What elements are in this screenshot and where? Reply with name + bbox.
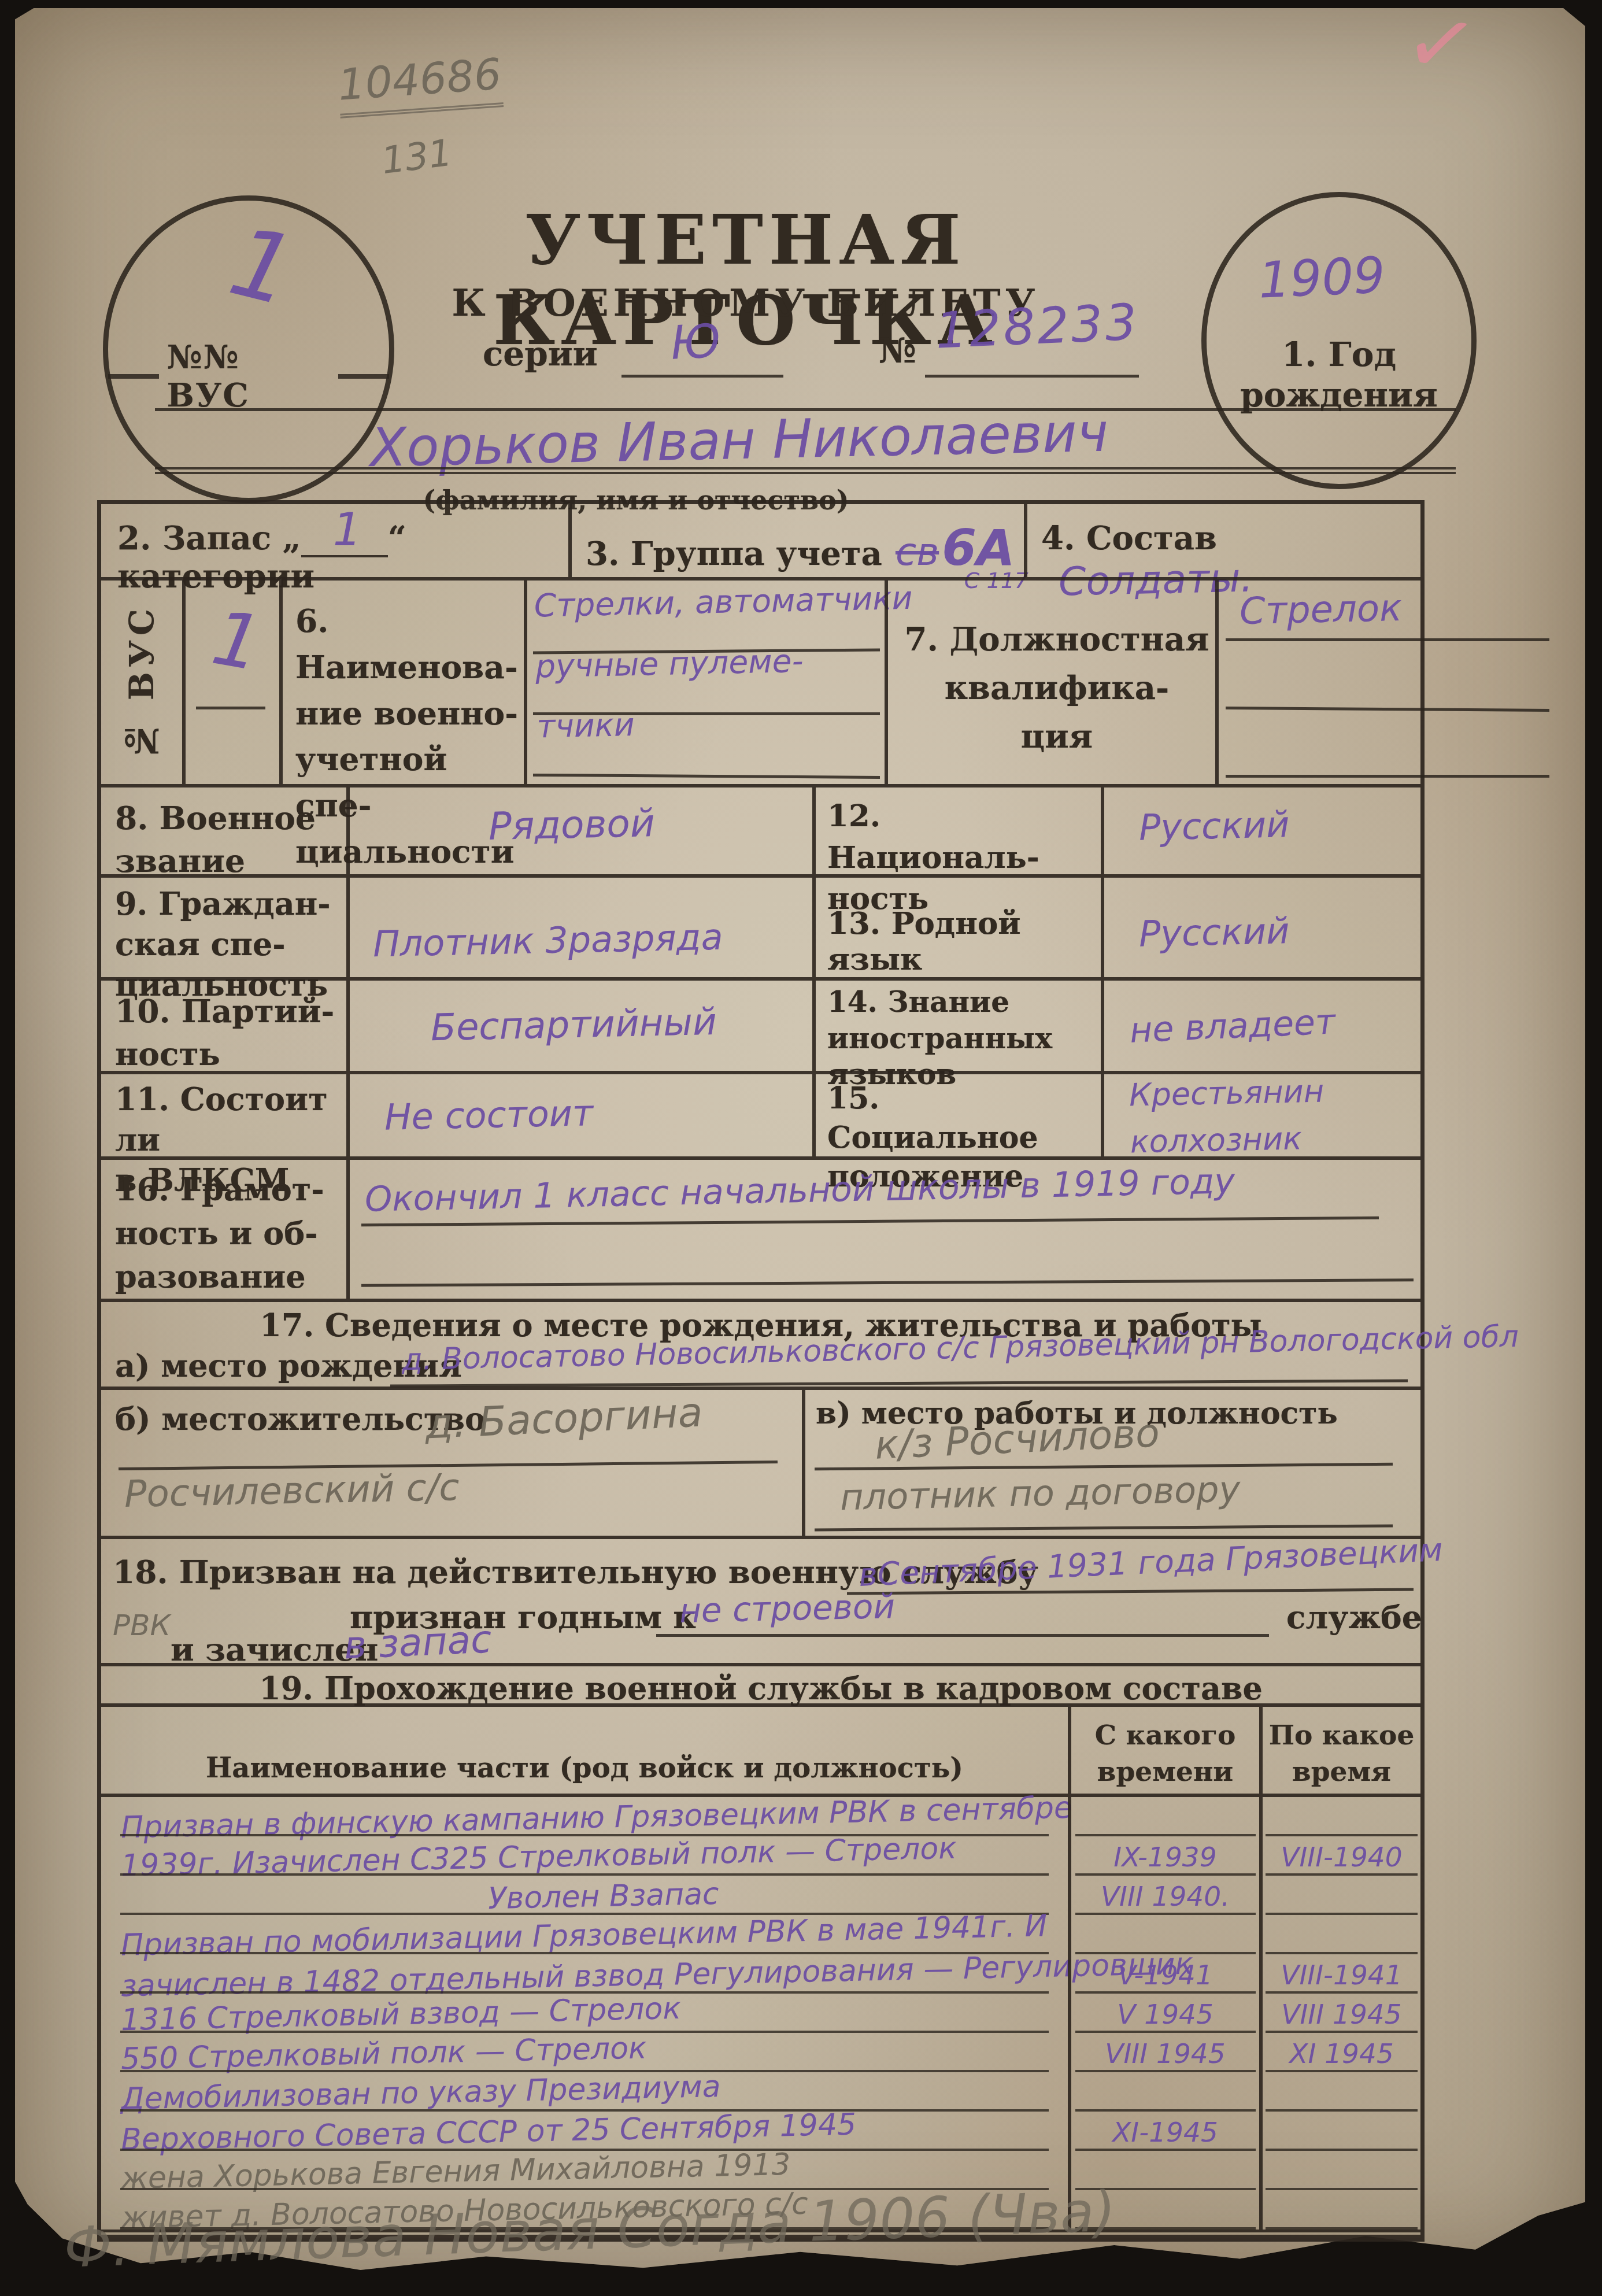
service-col-unit-label: Наименование части (род войск и должност… — [206, 1752, 963, 1784]
row-11-15: 11. Состоит ли в ВЛКСМ Не состоит 15. Со… — [101, 1071, 1420, 1156]
workplace-cell: в) место работы и должность к/з Росчилов… — [802, 1390, 1420, 1536]
field-15-value-cell: Крестьянин колхозник — [1101, 1074, 1420, 1156]
vus-number-cell: 1 — [182, 581, 279, 784]
birth-year-label: 1. Год рождения — [1207, 335, 1471, 415]
service-record-from — [1068, 2072, 1259, 2112]
field-15-value: Крестьянин колхозник — [1129, 1067, 1325, 1165]
field-2-label-a: 2. Запас „ — [117, 519, 301, 557]
service-record-to — [1259, 2072, 1420, 2112]
row-2-3-4: 2. Запас „1“ категории 3. Группа учета с… — [101, 504, 1420, 577]
workplace-line-2 — [815, 1525, 1393, 1532]
row-9-13: 9. Граждан- ская спе- циальность Плотник… — [101, 874, 1420, 977]
service-table-header: Наименование части (род войск и должност… — [101, 1703, 1420, 1794]
main-table: 2. Запас „1“ категории 3. Группа учета с… — [97, 500, 1425, 2242]
field-3-label: 3. Группа учета — [586, 535, 882, 573]
service-record-from — [1068, 1797, 1259, 1836]
service-col-unit: Наименование части (род войск и должност… — [101, 1707, 1068, 1794]
service-table-body: Призван в финскую кампанию Грязовецким Р… — [101, 1794, 1420, 2238]
field-7-value: Стрелок — [1239, 587, 1402, 633]
service-record-row: Уволен Взапас VIII 1940. — [101, 1876, 1420, 1915]
field-13-value-cell: Русский — [1101, 878, 1420, 977]
field-6-value-cell: Стрелки, автоматчики ручные пулеме- тчик… — [524, 581, 885, 784]
field-16-value-cell: Окончил 1 класс начальной школы в 1919 г… — [346, 1160, 1420, 1299]
field-16-label: 16. Грамот- ность и об- разование — [101, 1160, 346, 1299]
field-2-value: 1 — [333, 504, 362, 556]
service-record-to: XI 1945 — [1259, 2033, 1420, 2072]
field-10-value: Беспартийный — [430, 1001, 717, 1049]
vus-oval-dash-right — [338, 374, 389, 379]
service-record-to: VIII 1945 — [1259, 1994, 1420, 2033]
page-number: 131 — [379, 132, 454, 183]
service-record-unit: зачислен в 1482 отдельный взвод Регулиро… — [101, 1954, 1068, 1994]
field-4-sostav: 4. Состав Солдаты. — [1024, 504, 1420, 577]
service-record-unit: Верховного Совета СССР от 25 Сентября 19… — [101, 2112, 1068, 2151]
service-record-unit: 1316 Стрелковый взвод — Стрелок — [101, 1994, 1068, 2033]
section-19-heading: 19. Прохождение военной службы в кадрово… — [101, 1666, 1420, 1703]
vus-oval-label: №№ ВУС — [167, 338, 331, 415]
service-record-row: 1939г. Изачислен С325 Стрелковый полк — … — [101, 1836, 1420, 1876]
residence-value-2: Росчилевский с/с — [124, 1466, 460, 1516]
series-label: серии — [483, 334, 598, 374]
residence-value-1: д. Басоргина — [424, 1389, 704, 1448]
field-8-label: 8. Военное звание — [101, 787, 346, 874]
service-record-unit: жена Хорькова Евгения Михайловна 1913 — [101, 2151, 1068, 2190]
field-3-group: 3. Группа учета св 6А С 117 — [568, 504, 1024, 577]
service-record-unit: Демобилизован по указу Президиума — [101, 2072, 1068, 2112]
field-11-value-cell: Не состоит — [346, 1074, 812, 1156]
series-value: Ю — [669, 314, 722, 370]
row-8-12: 8. Военное звание Рядовой 12. Националь-… — [101, 784, 1420, 874]
field-13-label: 13. Родной язык — [812, 878, 1101, 977]
vus-number-line — [196, 707, 265, 709]
service-record-to — [1259, 2112, 1420, 2151]
scan-background: { "header": { "doc_number": "104686", "p… — [0, 0, 1602, 2296]
section-17bv-row: б) местожительство д. Басоргина Росчилев… — [101, 1387, 1420, 1536]
section-18-row: 18. Призван на действительную военную сл… — [101, 1536, 1420, 1663]
service-record-unit: Призван по мобилизации Грязовецким РВК в… — [101, 1915, 1068, 1954]
service-record-from: VIII 1940. — [1068, 1876, 1259, 1915]
card-content: 104686 131 ✓ УЧЕТНАЯ КАРТОЧКА К ВОЕННОМУ… — [0, 0, 1602, 2296]
series-line — [621, 375, 783, 378]
service-record-row: Верховного Совета СССР от 25 Сентября 19… — [101, 2112, 1420, 2151]
field-7-line-1 — [1226, 638, 1549, 641]
service-suffix-label: службе — [1286, 1598, 1422, 1636]
service-record-to — [1259, 1797, 1420, 1836]
field-8-value-cell: Рядовой — [346, 787, 812, 874]
field-14-value-cell: не владеет — [1101, 981, 1420, 1071]
row-16: 16. Грамот- ность и об- разование Окончи… — [101, 1156, 1420, 1299]
fitness-line — [656, 1634, 1269, 1637]
service-record-row: зачислен в 1482 отдельный взвод Регулиро… — [101, 1954, 1420, 1994]
conscription-value: вСентябре 1931 года Грязовецким — [858, 1531, 1444, 1593]
field-7-value-cell: Стрелок — [1215, 581, 1420, 784]
field-8-value: Рядовой — [488, 801, 655, 849]
vus-vertical-label: № ВУС — [122, 604, 161, 760]
section-19-heading-row: 19. Прохождение военной службы в кадрово… — [101, 1663, 1420, 1703]
service-record-row: Призван в финскую кампанию Грязовецким Р… — [101, 1797, 1420, 1836]
vus-vertical-cell: № ВУС — [101, 581, 182, 784]
field-7-line-2 — [1226, 707, 1549, 712]
field-16-line-2 — [361, 1278, 1414, 1287]
field-7-label-cell: 7. Должностная квалифика- ция — [885, 581, 1215, 784]
number-line — [925, 375, 1139, 378]
archive-number: 104686 — [336, 49, 504, 118]
field-12-label: 12. Националь- ность — [812, 787, 1101, 874]
number-label: № — [879, 331, 916, 371]
field-16-line-1 — [361, 1217, 1379, 1226]
field-11-value: Не состоит — [384, 1092, 593, 1138]
name-bottom-line — [155, 467, 1456, 474]
vus-number-value: 1 — [206, 593, 268, 688]
field-14-value: не владеет — [1129, 1001, 1337, 1051]
service-col-to: По какое время — [1259, 1707, 1420, 1794]
field-13-value: Русский — [1138, 909, 1290, 955]
service-record-to — [1259, 1876, 1420, 1915]
number-value: 128233 — [934, 293, 1140, 360]
vus-oval-stamp: 1 №№ ВУС — [103, 195, 394, 503]
service-record-from: VIII 1945 — [1068, 2033, 1259, 2072]
field-11-label: 11. Состоит ли в ВЛКСМ — [101, 1074, 346, 1156]
section-18-cell: 18. Призван на действительную военную сл… — [101, 1539, 1420, 1663]
service-col-from: С какого времени — [1068, 1707, 1259, 1794]
vus-oval-value: 1 — [220, 205, 305, 328]
row-10-14: 10. Партий- ность Беспартийный 14. Знани… — [101, 977, 1420, 1071]
field-14-label: 14. Знание иностранных языков — [812, 981, 1101, 1071]
field-10-value-cell: Беспартийный — [346, 981, 812, 1071]
field-2-zapas: 2. Запас „1“ категории — [101, 504, 568, 577]
field-4-label: 4. Состав — [1041, 519, 1217, 557]
field-9-label: 9. Граждан- ская спе- циальность — [101, 878, 346, 977]
service-record-unit: 550 Стрелковый полк — Стрелок — [101, 2033, 1068, 2072]
enrolled-value: в запас — [343, 1617, 492, 1668]
service-record-row: 1316 Стрелковый взвод — Стрелок V 1945 V… — [101, 1994, 1420, 2033]
workplace-value-2: плотник по договору — [839, 1468, 1241, 1518]
birth-year-oval-stamp: 1909 1. Год рождения — [1201, 192, 1477, 489]
service-record-row: Демобилизован по указу Президиума — [101, 2072, 1420, 2112]
birth-year-value: 1909 — [1257, 246, 1386, 309]
service-record-unit: 1939г. Изачислен С325 Стрелковый полк — … — [101, 1836, 1068, 1876]
field-12-value-cell: Русский — [1101, 787, 1420, 874]
service-record-from: V 1945 — [1068, 1994, 1259, 2033]
section-17a-row: а) место рождения д. Волосатово Новосиль… — [101, 1340, 1420, 1387]
field-6-label-cell: 6. Наименова- ние военно- учетной спе- ц… — [279, 581, 524, 784]
field-16-value: Окончил 1 класс начальной школы в 1919 г… — [364, 1161, 1235, 1220]
vus-oval-dash-left — [108, 374, 159, 379]
service-record-from: V-1941 — [1068, 1954, 1259, 1994]
service-record-to: VIII-1941 — [1259, 1954, 1420, 1994]
service-record-from: IX-1939 — [1068, 1836, 1259, 1876]
fitness-value: не строевой — [679, 1587, 895, 1631]
conscription-margin-note: РВК — [113, 1609, 171, 1642]
service-record-row: 550 Стрелковый полк — Стрелок VIII 1945 … — [101, 2033, 1420, 2072]
field-15-label: 15. Социальное положение — [812, 1074, 1101, 1156]
service-record-from: XI-1945 — [1068, 2112, 1259, 2151]
residence-cell: б) местожительство д. Басоргина Росчилев… — [101, 1390, 802, 1536]
row-vus-6-7: № ВУС 1 6. Наименова- ние военно- учетно… — [101, 577, 1420, 784]
field-7-line-3 — [1226, 775, 1549, 778]
field-2-blank: 1 — [301, 520, 388, 557]
vus-oval-label-row: №№ ВУС — [108, 338, 389, 415]
service-record-to — [1259, 1915, 1420, 1954]
field-12-value: Русский — [1138, 803, 1290, 848]
field-6-line-3 — [533, 774, 880, 779]
service-record-row: Призван по мобилизации Грязовецким РВК в… — [101, 1915, 1420, 1954]
field-9-value: Плотник 3разряда — [372, 916, 723, 966]
service-record-unit: Призван в финскую кампанию Грязовецким Р… — [101, 1797, 1068, 1836]
service-record-unit: Уволен Взапас — [101, 1876, 1068, 1915]
field-9-value-cell: Плотник 3разряда — [346, 878, 812, 977]
pink-check-mark: ✓ — [1397, 0, 1486, 101]
section-17a-cell: а) место рождения д. Волосатово Новосиль… — [101, 1340, 1420, 1387]
service-record-to: VIII-1940 — [1259, 1836, 1420, 1876]
field-10-label: 10. Партий- ность — [101, 981, 346, 1071]
